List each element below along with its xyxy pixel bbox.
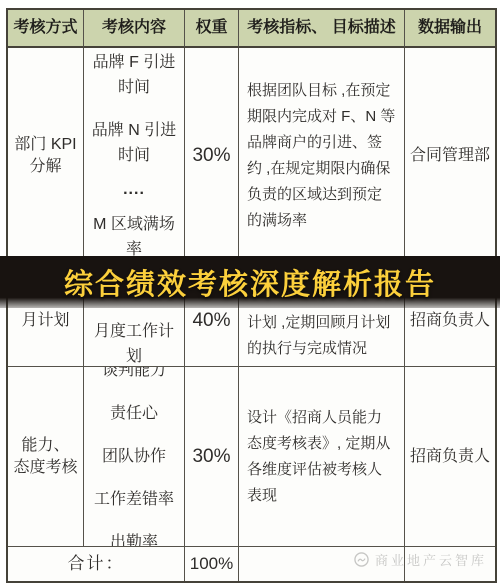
row1-content: 品牌 F 引进时间 品牌 N 引进时间 .... M 区域满场率 (84, 48, 185, 264)
total-weight: 100% (185, 547, 239, 581)
content-item: 月度工作计划 (88, 319, 180, 367)
cloud-logo-icon (354, 552, 369, 567)
row3-content: 谈判能力 责任心 团队协作 工作差错率 出勤率 (84, 367, 185, 547)
watermark: 商业地产云智库 (354, 550, 487, 568)
content-item: 团队协作 (102, 444, 166, 469)
table-row: 部门 KPI 分解 品牌 F 引进时间 品牌 N 引进时间 .... M 区域满… (8, 48, 495, 264)
content-item: 品牌 F 引进时间 (88, 50, 180, 100)
header-weight: 权重 (185, 10, 239, 48)
content-item: 品牌 N 引进时间 (88, 118, 180, 168)
content-item: M 区域满场率 (88, 212, 180, 262)
content-item: 出勤率 (110, 530, 158, 547)
header-indicator: 考核指标、 目标描述 (239, 10, 405, 48)
header-content: 考核内容 (84, 10, 185, 48)
row3-indicator: 设计《招商人员能力态度考核表》, 定期从各维度评估被考核人表现 (239, 367, 405, 547)
content-item: 谈判能力 (102, 367, 166, 383)
row1-output: 合同管理部 (405, 48, 495, 264)
row1-indicator: 根据团队目标 ,在预定期限内完成对 F、N 等品牌商户的引进、签约 ,在规定期限… (239, 48, 405, 264)
watermark-text: 商业地产云智库 (375, 550, 487, 569)
banner-title: 综合绩效考核深度解析报告 (64, 262, 436, 303)
row1-method: 部门 KPI 分解 (8, 48, 84, 264)
content-item: 工作差错率 (94, 487, 174, 512)
content-item: 责任心 (110, 401, 158, 426)
header-output: 数据输出 (405, 10, 495, 48)
promo-banner: 综合绩效考核深度解析报告 (0, 256, 500, 308)
row3-output: 招商负责人 (405, 367, 495, 547)
table-row: 能力、 态度考核 谈判能力 责任心 团队协作 工作差错率 出勤率 30% 设计《… (8, 367, 495, 547)
table-header-row: 考核方式 考核内容 权重 考核指标、 目标描述 数据输出 (8, 10, 495, 48)
total-label: 合计： (8, 547, 185, 581)
row3-weight: 30% (185, 367, 239, 547)
row3-method: 能力、 态度考核 (8, 367, 84, 547)
row1-weight: 30% (185, 48, 239, 264)
screenshot-root: 考核方式 考核内容 权重 考核指标、 目标描述 数据输出 部门 KPI 分解 品… (0, 0, 500, 584)
ellipsis-dots: .... (123, 183, 145, 197)
header-method: 考核方式 (8, 10, 84, 48)
